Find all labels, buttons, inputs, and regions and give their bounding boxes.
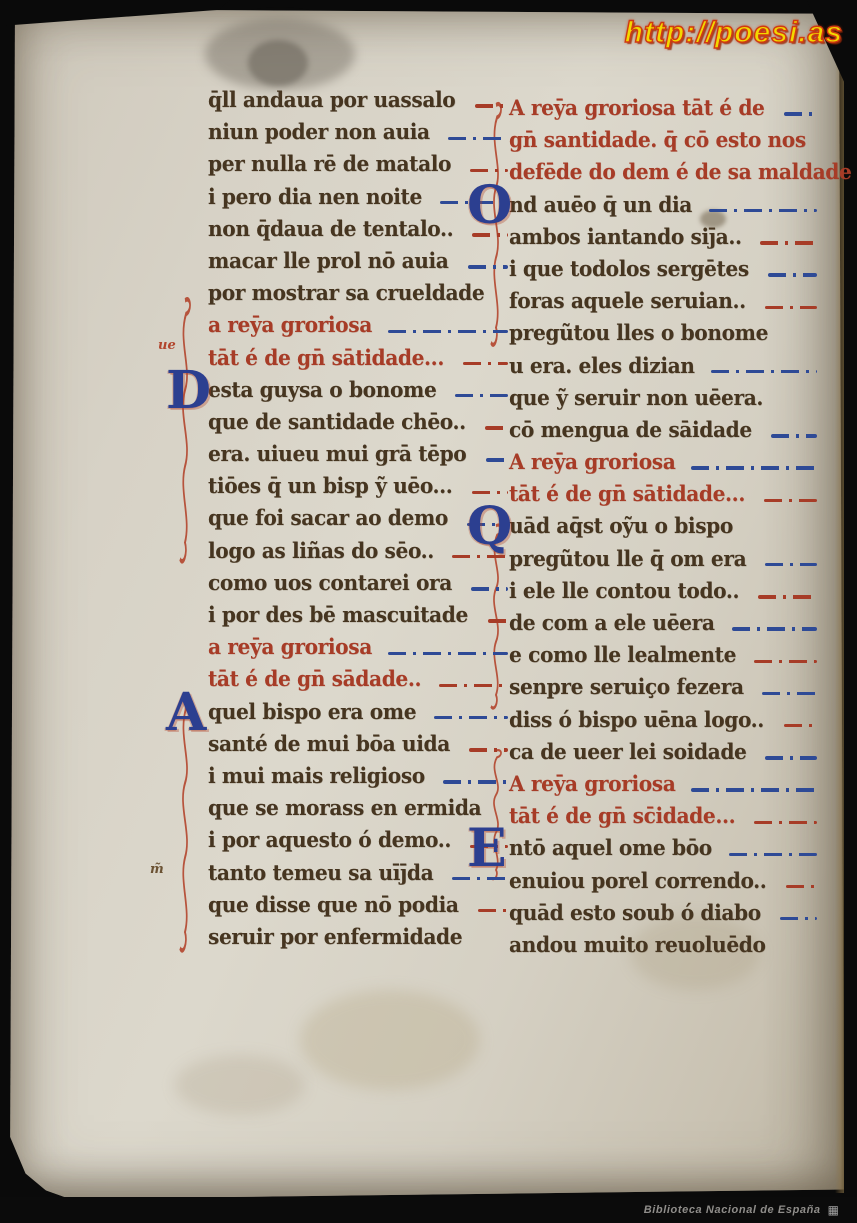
line-filler [765,756,817,759]
poesi-as-watermark: http://poesi.as [625,16,843,50]
manuscript-line: logo as liñas do sēo.. [208,536,510,568]
manuscript-line: que foi sacar ao demo [208,503,510,535]
line-text: defēde do dem é de sa maldade [509,157,851,187]
manuscript-line: A reȳa groriosa [509,447,819,479]
manuscript-line: a reȳa groriosa [208,632,510,664]
line-text: per nulla rē de matalo [208,149,451,179]
line-filler [475,104,508,107]
manuscript-line: a reȳa groriosa [208,310,510,342]
line-filler [471,587,508,590]
manuscript-line: tāt é de gn̄ sc̄idade... [509,801,819,833]
line-text: nd auēo q̄ un dia [509,190,692,220]
marginal-note: ue [158,338,176,353]
photo-bottom-strip: Biblioteca Nacional de España ▦ [0,1197,857,1223]
illuminated-initial: E [467,827,507,871]
line-text: A reȳa groriosa [509,447,675,477]
manuscript-line: que de santidade chēo.. [208,407,510,439]
manuscript-line: gn̄ santidade. q̄ cō esto nos [509,125,819,157]
manuscript-line: e como lle lealmente [509,640,819,672]
line-text: q̄ll andaua por uassalo [208,85,455,115]
line-text: i que todolos sergētes [509,254,749,284]
line-text: logo as liñas do sēo.. [208,536,434,566]
line-text: santé de mui bōa uida [208,729,450,759]
manuscript-line: Entō aquel ome bōo [509,833,819,865]
line-filler [732,627,817,630]
line-filler [758,595,817,598]
line-text: tanto temeu sa uīj̄da [208,858,433,888]
line-text: que disse que nō podia [208,890,459,920]
line-filler [764,499,817,502]
line-text: non q̄daua de tentalo.. [208,214,453,244]
line-text: niun poder non auia [208,117,430,147]
line-text: pregũtou lles o bonome [509,318,768,348]
manuscript-line: tāt é de gn̄ sātidade... [509,479,819,511]
line-filler [709,209,817,212]
line-text: ambos iantando sij̄a.. [509,222,742,252]
manuscript-line: per nulla rē de matalo [208,149,510,181]
line-filler [765,563,817,566]
line-text: era. uiueu mui grā tēpo [208,439,466,469]
line-text: por mostrar sa crueldade [208,278,484,308]
manuscript-line: u era. eles dizian [509,351,819,383]
line-text: esta guysa o bonome [208,375,436,405]
line-filler [765,306,817,309]
manuscript-line: defēde do dem é de sa maldade [509,157,819,189]
manuscript-line: macar lle prol nō auia [208,246,510,278]
line-filler [780,917,817,920]
manuscript-line: de com a ele uēera [509,608,819,640]
manuscript-line: que disse que nō podia [208,890,510,922]
line-text: enuiou porel correndo.. [509,866,766,896]
line-text: i ele lle contou todo.. [509,576,739,606]
line-filler [443,780,508,783]
marginal-note: m̃ [150,862,164,877]
manuscript-line: pregũtou lles o bonome [509,318,819,350]
line-text: i mui mais religioso [208,761,425,791]
line-text: tāt é de gn̄ sātidade... [509,479,745,509]
line-filler [762,692,817,695]
line-text: andou muito reuoluēdo [509,930,766,960]
manuscript-line: Desta guysa o bonome [208,375,510,407]
line-text: seruir por enfermidade [208,922,462,952]
manuscript-line: Ond auēo q̄ un dia [509,190,819,222]
manuscript-line: andou muito reuoluēdo [509,930,819,962]
line-text: tiōes q̄ un bisp ỹ uēo... [208,471,452,501]
manuscript-line: santé de mui bōa uida [208,729,510,761]
line-text: e como lle lealmente [509,640,736,670]
manuscript-line: que se morass en ermida [208,793,510,825]
line-filler [786,885,817,888]
manuscript-line: tāt é de gn̄ sādade.. [208,664,510,696]
manuscript-line: seruir por enfermidade [208,922,510,954]
line-text: que ỹ seruir non uēera. [509,383,763,413]
manuscript-line: i pero dia nen noite [208,182,510,214]
manuscript-line: A reȳa groriosa [509,769,819,801]
line-text: que de santidade chēo.. [208,407,466,437]
line-text: a reȳa groriosa [208,310,372,340]
line-filler [784,112,817,115]
line-text: i por des bē mascuitade [208,600,468,630]
manuscript-column-left: q̄ll andaua por uassaloniun poder non au… [208,85,510,954]
line-filler [448,137,508,140]
bne-logo-icon: ▦ [828,1204,839,1216]
manuscript-line: ambos iantando sij̄a.. [509,222,819,254]
manuscript-line: foras aquele seruian.. [509,286,819,318]
line-filler [469,748,508,751]
manuscript-line: i por aquesto ó demo.. [208,825,510,857]
manuscript-line: era. uiueu mui grā tēpo [208,439,510,471]
line-text: de com a ele uēera [509,608,715,638]
manuscript-line: como uos contarei ora [208,568,510,600]
line-text: diss ó bispo uēna logo.. [509,705,764,735]
line-text: que se morass en ermida [208,793,481,823]
manuscript-line: tiōes q̄ un bisp ỹ uēo... [208,471,510,503]
line-filler [472,491,508,494]
manuscript-column-right: A reȳa groriosa tāt é degn̄ santidade. q… [509,93,819,962]
line-text: gn̄ santidade. q̄ cō esto nos [509,125,806,155]
illuminated-initial: O [467,184,512,228]
manuscript-line: i ele lle contou todo.. [509,576,819,608]
line-text: quād esto soub ó diabo [509,898,761,928]
line-filler [691,788,817,791]
line-filler [771,434,817,437]
line-text: i pero dia nen noite [208,182,422,212]
manuscript-line: enuiou porel correndo.. [509,866,819,898]
illuminated-initial: A [166,691,206,735]
library-credit: Biblioteca Nacional de España [644,1204,821,1216]
manuscript-line: quād esto soub ó diabo [509,898,819,930]
manuscript-line: tanto temeu sa uīj̄da [208,858,510,890]
line-text: senpre seruiço fezera [509,672,744,702]
manuscript-line: i mui mais religioso [208,761,510,793]
manuscript-line: ca de ueer lei soidade [509,737,819,769]
line-text: quel bispo era ome [208,697,416,727]
line-filler [455,394,508,397]
line-text: que foi sacar ao demo [208,503,448,533]
line-text: ca de ueer lei soidade [509,737,747,767]
manuscript-line: que ỹ seruir non uēera. [509,383,819,415]
manuscript-line: Quād aq̄st oỹu o bispo [509,511,819,543]
line-filler [388,330,508,333]
line-text: pregũtou lle q̄ om era [509,544,746,574]
line-text: macar lle prol nō auia [208,246,448,276]
line-text: como uos contarei ora [208,568,452,598]
manuscript-line: pregũtou lle q̄ om era [509,544,819,576]
line-text: foras aquele seruian.. [509,286,746,316]
book-page-edges [835,10,844,1193]
manuscript-line: por mostrar sa crueldade [208,278,510,310]
line-filler [463,362,508,365]
line-text: A reȳa groriosa [509,769,675,799]
line-text: tāt é de gn̄ sādade.. [208,664,421,694]
line-filler [488,619,508,622]
line-filler [711,370,817,373]
line-filler [468,265,508,268]
manuscript-line: Aquel bispo era ome [208,697,510,729]
line-text: cō mengua de sāidade [509,415,752,445]
line-text: i por aquesto ó demo.. [208,825,451,855]
line-filler [760,241,817,244]
line-filler [754,821,817,824]
illuminated-initial: Q [467,505,512,549]
line-text: uād aq̄st oỹu o bispo [509,511,733,541]
manuscript-line: A reȳa groriosa tāt é de [509,93,819,125]
manuscript-line: i que todolos sergētes [509,254,819,286]
line-text: tāt é de gn̄ sc̄idade... [509,801,735,831]
line-filler [439,684,508,687]
illuminated-initial: D [166,369,211,413]
line-filler [434,716,508,719]
line-filler [729,853,817,856]
line-text: a reȳa groriosa [208,632,372,662]
line-filler [754,660,817,663]
line-filler [784,724,817,727]
line-filler [486,458,508,461]
line-filler [768,273,817,276]
line-filler [470,169,508,172]
manuscript-line: diss ó bispo uēna logo.. [509,705,819,737]
manuscript-line: cō mengua de sāidade [509,415,819,447]
line-text: tāt é de gn̄ sātidade... [208,343,444,373]
manuscript-line: non q̄daua de tentalo.. [208,214,510,246]
manuscript-line: tāt é de gn̄ sātidade... [208,343,510,375]
line-filler [478,909,508,912]
manuscript-line: niun poder non auia [208,117,510,149]
manuscript-line: senpre seruiço fezera [509,672,819,704]
line-filler [388,652,508,655]
line-text: A reȳa groriosa tāt é de [509,93,764,123]
line-text: u era. eles dizian [509,351,695,381]
manuscript-line: q̄ll andaua por uassalo [208,85,510,117]
line-text: ntō aquel ome bōo [509,833,712,863]
manuscript-line: i por des bē mascuitade [208,600,510,632]
line-filler [691,466,817,469]
line-filler [485,426,508,429]
